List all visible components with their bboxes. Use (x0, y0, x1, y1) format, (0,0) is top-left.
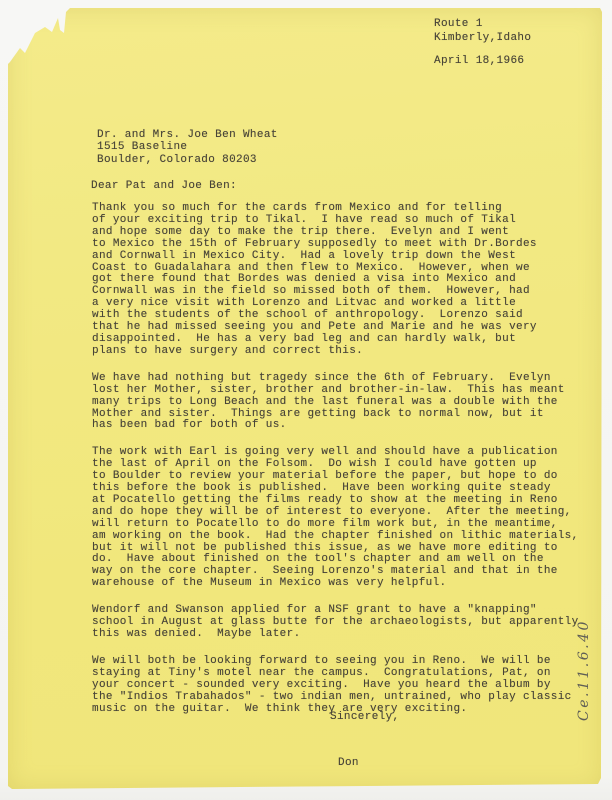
salutation: Dear Pat and Joe Ben: (91, 180, 237, 192)
scan-background: Route 1 Kimberly,Idaho April 18,1966 Dr.… (0, 0, 612, 800)
paragraph-5: We will both be looking forward to seein… (92, 656, 604, 716)
paragraph-3: The work with Earl is going very well an… (92, 447, 604, 590)
handwritten-catalog-annotation: Ce.11.6.40 (576, 586, 602, 754)
letter-date: April 18,1966 (434, 54, 531, 68)
recipient-name: Dr. and Mrs. Joe Ben Wheat (97, 129, 278, 141)
closing: Sincerely, (330, 711, 400, 723)
paragraph-2: We have had nothing but tragedy since th… (92, 373, 604, 433)
letter-paper: Route 1 Kimberly,Idaho April 18,1966 Dr.… (8, 8, 602, 789)
return-address-block: Route 1 Kimberly,Idaho April 18,1966 (434, 17, 531, 68)
paragraph-4: Wendorf and Swanson applied for a NSF gr… (92, 605, 604, 641)
signature: Don (338, 757, 359, 769)
return-address-line2: Kimberly,Idaho (434, 31, 531, 45)
return-address-line1: Route 1 (434, 17, 531, 31)
recipient-city: Boulder, Colorado 80203 (97, 154, 278, 166)
letter-body: Thank you so much for the cards from Mex… (92, 203, 604, 730)
recipient-address-block: Dr. and Mrs. Joe Ben Wheat 1515 Baseline… (97, 129, 278, 166)
paragraph-1: Thank you so much for the cards from Mex… (92, 203, 604, 358)
recipient-street: 1515 Baseline (97, 141, 278, 153)
